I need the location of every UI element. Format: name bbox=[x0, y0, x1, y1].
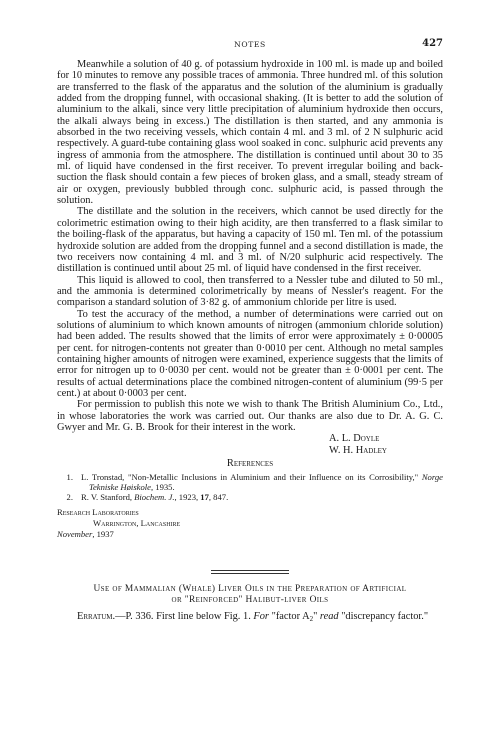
reference-title: "Non-Metallic Inclusions in Aluminium an… bbox=[128, 472, 422, 482]
date-month: November bbox=[57, 529, 92, 539]
date-line: November, 1937 bbox=[57, 529, 443, 540]
title-line: Use of Mammalian (Whale) Liver Oils in t… bbox=[57, 584, 443, 595]
address-line: Warrington, Lancashire bbox=[57, 518, 443, 529]
running-head: NOTES 427 bbox=[57, 38, 443, 52]
erratum-text: —P. 336. First line below Fig. 1. bbox=[115, 611, 253, 622]
reference-text: R. V. Stanford, Biochem. J., 1923, 17, 8… bbox=[81, 493, 443, 503]
reference-authors: R. V. Stanford, bbox=[81, 492, 134, 502]
article-body: Meanwhile a solution of 40 g. of potassi… bbox=[57, 59, 443, 433]
erratum-for: For bbox=[253, 611, 269, 622]
reference-text: L. Tronstad, "Non-Metallic Inclusions in… bbox=[81, 473, 443, 493]
reference-item: 2. R. V. Stanford, Biochem. J., 1923, 17… bbox=[57, 493, 443, 503]
paragraph: For permission to publish this note we w… bbox=[57, 399, 443, 433]
journal-page: NOTES 427 Meanwhile a solution of 40 g. … bbox=[57, 38, 443, 623]
paragraph: Meanwhile a solution of 40 g. of potassi… bbox=[57, 59, 443, 206]
reference-number: 2. bbox=[57, 493, 81, 503]
erratum-text: "factor A bbox=[269, 611, 310, 622]
title-line: or "Reinforced" Halibut-liver Oils bbox=[57, 595, 443, 606]
author-name: A. L. Doyle bbox=[329, 433, 443, 444]
date-year: , 1937 bbox=[92, 529, 113, 539]
page-number: 427 bbox=[422, 38, 443, 49]
author-address: Research Laboratories Warrington, Lancas… bbox=[57, 507, 443, 540]
erratum-text: " bbox=[313, 611, 320, 622]
references-list: 1. L. Tronstad, "Non-Metallic Inclusions… bbox=[57, 473, 443, 502]
author-name: W. H. Hadley bbox=[329, 445, 443, 456]
reference-authors: L. Tronstad, bbox=[81, 472, 128, 482]
erratum-note: Erratum.—P. 336. First line below Fig. 1… bbox=[57, 611, 443, 622]
paragraph: This liquid is allowed to cool, then tra… bbox=[57, 275, 443, 309]
reference-year: , 1923, bbox=[175, 492, 201, 502]
erratum-text: "discrepancy factor." bbox=[339, 611, 429, 622]
reference-volume: 17 bbox=[200, 492, 209, 502]
paragraph: The distillate and the solution in the r… bbox=[57, 206, 443, 274]
reference-pages: , 847. bbox=[209, 492, 228, 502]
section-divider bbox=[211, 570, 289, 574]
erratum-lead: Erratum. bbox=[77, 611, 115, 622]
reference-item: 1. L. Tronstad, "Non-Metallic Inclusions… bbox=[57, 473, 443, 493]
reference-journal: Biochem. J. bbox=[134, 492, 174, 502]
reference-details: , 1935. bbox=[151, 482, 175, 492]
paragraph: To test the accuracy of the method, a nu… bbox=[57, 309, 443, 400]
erratum-read: read bbox=[320, 611, 339, 622]
reference-number: 1. bbox=[57, 473, 81, 493]
address-line: Research Laboratories bbox=[57, 507, 443, 518]
references-heading: References bbox=[57, 458, 443, 470]
author-signatures: A. L. Doyle W. H. Hadley bbox=[329, 433, 443, 456]
running-head-title: NOTES bbox=[57, 40, 443, 49]
next-article-title: Use of Mammalian (Whale) Liver Oils in t… bbox=[57, 584, 443, 605]
